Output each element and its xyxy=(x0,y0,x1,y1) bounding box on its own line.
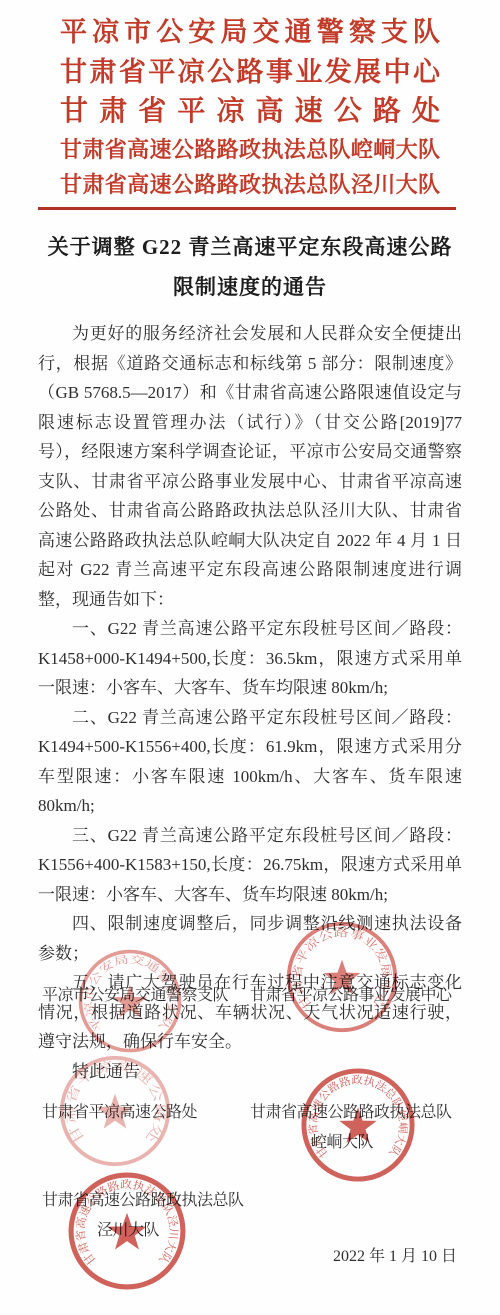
paragraph-item-4: 四、限制速度调整后，同步调整沿线测速执法设备参数； xyxy=(38,909,462,968)
signature-expressway-office: 甘肃省平凉高速公路处 xyxy=(42,1099,197,1122)
red-divider-line xyxy=(38,207,456,210)
notice-title-line-1: 关于调整 G22 青兰高速平定东段高速公路 xyxy=(48,235,453,259)
letterhead-line-1: 平凉市公安局交通警察支队 xyxy=(60,12,440,52)
letterhead-line-3: 甘肃省平凉高速公路处 xyxy=(60,92,440,132)
letterhead-line-2: 甘肃省平凉公路事业发展中心 xyxy=(60,52,440,92)
signature-police-detachment: 平凉市公安局交通警察支队 xyxy=(42,982,228,1005)
seal-ring xyxy=(304,1071,412,1179)
signature-enforcement-corps-jingchuan-line2: 泾川大队 xyxy=(97,1217,159,1240)
signature-enforcement-corps-kongtong-line1: 甘肃省高速公路路政执法总队 xyxy=(250,1099,452,1122)
issue-date: 2022 年 1 月 10 日 xyxy=(333,1243,457,1266)
notice-document: 平凉市公安局交通警察支队 甘肃省平凉公路事业发展中心 甘肃省平凉高速公路处 甘肃… xyxy=(0,0,500,1315)
letterhead-line-5: 甘肃省高速公路路政执法总队泾川大队 xyxy=(60,167,440,202)
paragraph-item-3: 三、G22 青兰高速公路平定东段桩号区间／路段：K1556+400-K1583+… xyxy=(38,821,462,910)
notice-body: 为更好的服务经济社会发展和人民群众安全便捷出行，根据《道路交通标志和标线第 5 … xyxy=(38,319,462,1086)
notice-title-line-2: 限制速度的通告 xyxy=(173,275,327,299)
signature-enforcement-corps-kongtong-line2: 崆峒大队 xyxy=(311,1129,373,1152)
notice-title: 关于调整 G22 青兰高速平定东段高速公路 限制速度的通告 xyxy=(0,227,500,307)
signature-enforcement-corps-jingchuan-line1: 甘肃省高速公路路政执法总队 xyxy=(42,1187,244,1210)
letterhead: 平凉市公安局交通警察支队 甘肃省平凉公路事业发展中心 甘肃省平凉高速公路处 甘肃… xyxy=(0,0,500,210)
signature-highway-dev-center: 甘肃省平凉公路事业发展中心 xyxy=(250,982,452,1005)
paragraph-intro: 为更好的服务经济社会发展和人民群众安全便捷出行，根据《道路交通标志和标线第 5 … xyxy=(38,319,462,614)
closing-phrase: 特此通告 xyxy=(38,1057,462,1087)
paragraph-item-2: 二、G22 青兰高速公路平定东段桩号区间／路段：K1494+500-K1556+… xyxy=(38,703,462,821)
letterhead-line-4: 甘肃省高速公路路政执法总队崆峒大队 xyxy=(60,132,440,167)
paragraph-item-1: 一、G22 青兰高速公路平定东段桩号区间／路段：K1458+000-K1494+… xyxy=(38,614,462,703)
